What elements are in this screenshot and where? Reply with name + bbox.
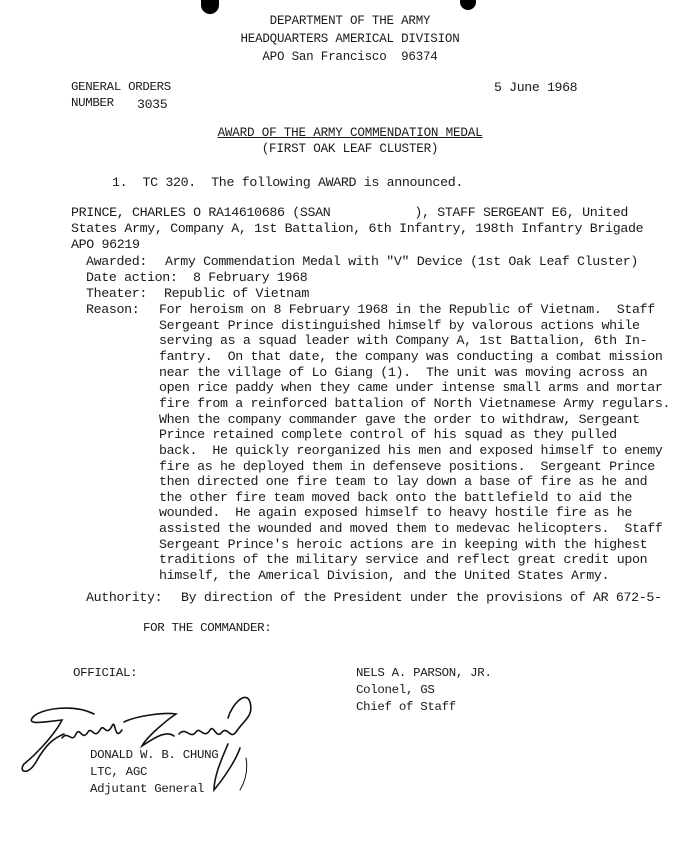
reason-line: serving as a squad leader with Company A… [159, 333, 647, 348]
reason-line: fire from a reinforced battalion of Nort… [159, 396, 670, 411]
document-title: AWARD OF THE ARMY COMMENDATION MEDAL [0, 126, 700, 140]
theater-value: Republic of Vietnam [164, 286, 309, 301]
reason-line: traditions of the military service and r… [159, 552, 647, 567]
theater-label: Theater: [86, 286, 147, 301]
reason-line: fantry. On that date, the company was co… [159, 349, 663, 364]
reason-line: then directed one fire team to lay down … [159, 474, 647, 489]
reason-line: fire as he deployed them in defenseve po… [159, 459, 655, 474]
recipient-line-3: APO 96219 [71, 237, 140, 252]
letterhead-headquarters: HEADQUARTERS AMERICAL DIVISION [0, 32, 700, 46]
punch-hole-left [201, 0, 219, 14]
order-date: 5 June 1968 [494, 80, 577, 95]
general-orders-label: GENERAL ORDERS [71, 80, 171, 94]
date-action-value: 8 February 1968 [193, 270, 307, 285]
reason-line: near the village of Lo Giang (1). The un… [159, 365, 647, 380]
document-subtitle: (FIRST OAK LEAF CLUSTER) [0, 142, 700, 156]
recipient-line-2: States Army, Company A, 1st Battalion, 6… [71, 221, 643, 236]
reason-line: open rice paddy when they came under int… [159, 380, 663, 395]
adjutant-title: Adjutant General [90, 782, 204, 796]
commander-rank: Colonel, GS [356, 683, 435, 697]
reason-line: back. He quickly reorganized his men and… [159, 443, 663, 458]
order-number: 3035 [137, 97, 167, 112]
reason-line: himself, the Americal Division, and the … [159, 568, 609, 583]
date-action-label: Date action: [86, 270, 178, 285]
recipient-line-1: PRINCE, CHARLES O RA14610686 (SSAN ), ST… [71, 205, 628, 220]
letterhead-address: APO San Francisco 96374 [0, 50, 700, 64]
reason-line: When the company commander gave the orde… [159, 412, 640, 427]
reason-line: wounded. He again exposed himself to hea… [159, 505, 632, 520]
reason-line: the other fire team moved back onto the … [159, 490, 632, 505]
adjutant-name: DONALD W. B. CHUNG [90, 748, 218, 762]
reason-line: For heroism on 8 February 1968 in the Re… [159, 302, 655, 317]
announcement: 1. TC 320. The following AWARD is announ… [112, 175, 463, 190]
official-label: OFFICIAL: [73, 666, 137, 680]
reason-line: Sergeant Prince distinguished himself by… [159, 318, 640, 333]
commander-title: Chief of Staff [356, 700, 456, 714]
awarded-value: Army Commendation Medal with "V" Device … [165, 254, 638, 269]
commander-name: NELS A. PARSON, JR. [356, 666, 492, 680]
reason-line: Sergeant Prince's heroic actions are in … [159, 537, 647, 552]
authority-value: By direction of the President under the … [181, 590, 662, 605]
punch-hole-right [460, 0, 476, 10]
letterhead-department: DEPARTMENT OF THE ARMY [0, 14, 700, 28]
number-label: NUMBER [71, 96, 114, 110]
for-the-commander: FOR THE COMMANDER: [143, 621, 271, 635]
adjutant-rank: LTC, AGC [90, 765, 147, 779]
reason-line: Prince retained complete control of his … [159, 427, 617, 442]
awarded-label: Awarded: [86, 254, 147, 269]
reason-line: assisted the wounded and moved them to m… [159, 521, 663, 536]
authority-label: Authority: [86, 590, 162, 605]
reason-label: Reason: [86, 302, 139, 317]
